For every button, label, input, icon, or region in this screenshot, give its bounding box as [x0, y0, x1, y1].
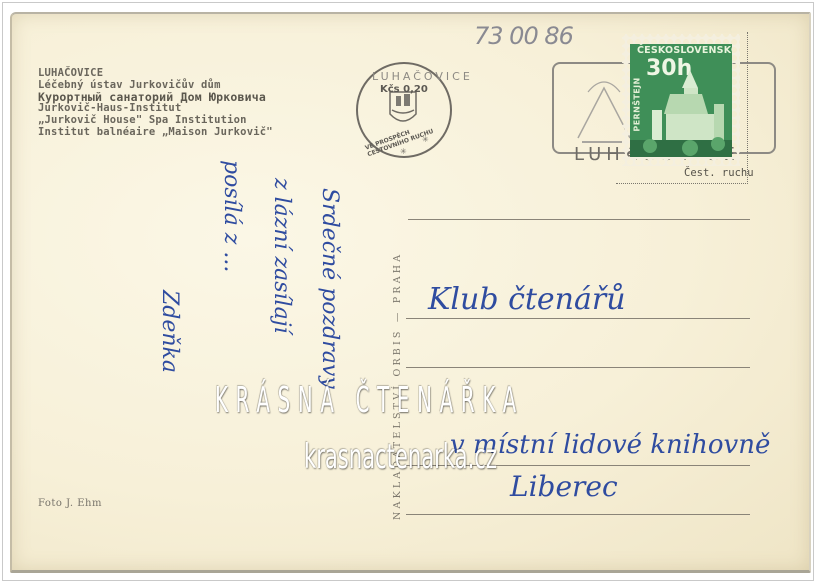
address-line: [406, 514, 750, 515]
watermark-url: krasnactenarka.cz: [304, 437, 497, 477]
message-line: posílá z ...: [219, 160, 244, 272]
svg-text:✳: ✳: [400, 147, 407, 154]
address-line: [406, 367, 750, 368]
round-postmark: ✳ ✳ LUHAČOVICE Kčs 0,20 VE PROSPĚCH CEST…: [356, 62, 452, 158]
catalog-number: 73 00 86: [474, 22, 573, 50]
address-recipient: Klub čtenářů: [428, 282, 626, 317]
postmark-town: LUHAČOVICE: [372, 70, 473, 83]
photo-credit: Foto J. Ehm: [38, 498, 102, 509]
caption-line: Institut balnéaire „Maison Jurkovič": [38, 127, 273, 139]
castle-icon: [630, 44, 732, 157]
address-line: [406, 318, 750, 319]
stamp-design: ČESKOSLOVENSKO 30h PERNŠTEJN: [630, 44, 732, 157]
message-line: z lázní zasílají: [269, 178, 294, 334]
address-city: Liberec: [510, 470, 618, 503]
address-line: [408, 219, 750, 220]
message-line: Zdeňka: [157, 290, 182, 373]
stamp-margin-text: Čest. ruchu: [684, 167, 754, 179]
postmark-value: Kčs 0,20: [380, 84, 428, 95]
watermark-title: KRÁSNÁ ČTENÁŘKA: [215, 380, 524, 421]
address-street: v místní lidové knihovně: [450, 430, 770, 460]
message-line: Srdečné pozdravy: [317, 188, 342, 389]
caption-block: LUHAČOVICE Léčebný ústav Jurkovičův dům …: [38, 68, 273, 139]
